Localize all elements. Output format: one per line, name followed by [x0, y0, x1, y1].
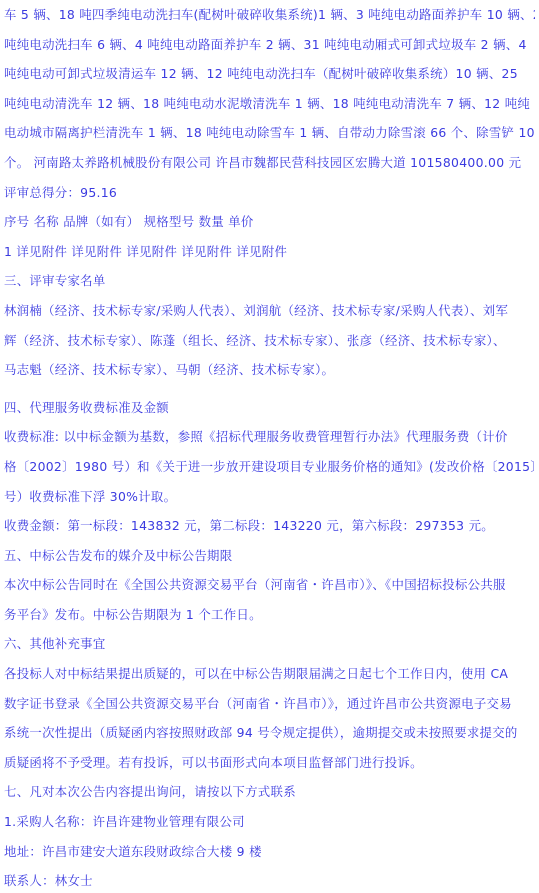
experts-line: 辉（经济、技术标专家）、陈蓬（组长、经济、技术标专家）、张彦（经济、技术标专家）… [4, 326, 535, 356]
award-line: 车 5 辆、18 吨四季纯电动洗扫车(配树叶破碎收集系统)1 辆、3 吨纯电动路… [4, 0, 535, 30]
table-row: 1 详见附件 详见附件 详见附件 详见附件 详见附件 [4, 237, 535, 267]
media-line: 务平台》发布。中标公告期限为 1 个工作日。 [4, 600, 535, 630]
section-title-contact: 七、凡对本次公告内容提出询问，请按以下方式联系 [4, 777, 535, 807]
table-header: 序号 名称 品牌（如有） 规格型号 数量 单价 [4, 207, 535, 237]
fee-amount-line: 收费金额：第一标段：143832 元，第二标段：143220 元，第六标段：29… [4, 511, 535, 541]
other-line: 质疑函将不予受理。若有投诉，可以书面形式向本项目监督部门进行投诉。 [4, 748, 535, 778]
purchaser-address: 地址：许昌市建安大道东段财政综合大楼 9 楼 [4, 837, 535, 867]
section-title-experts: 三、评审专家名单 [4, 266, 535, 296]
award-line: 电动城市隔离护栏清洗车 1 辆、18 吨纯电动除雪车 1 辆、自带动力除雪滚 6… [4, 118, 535, 148]
total-score: 评审总得分：95.16 [4, 178, 535, 208]
award-line: 吨纯电动清洗车 12 辆、18 吨纯电动水泥墩清洗车 1 辆、18 吨纯电动清洗… [4, 89, 535, 119]
experts-line: 林润楠（经济、技术标专家/采购人代表）、刘润航（经济、技术标专家/采购人代表）、… [4, 296, 535, 326]
media-line: 本次中标公告同时在《全国公共资源交易平台（河南省・许昌市）》、《中国招标投标公共… [4, 570, 535, 600]
fee-standard-line: 格〔2002〕1980 号）和《关于进一步放开建设项目专业服务价格的通知》(发改… [4, 452, 535, 482]
fee-standard-line: 号）收费标准下浮 30%计取。 [4, 482, 535, 512]
award-line: 吨纯电动可卸式垃圾清运车 12 辆、12 吨纯电动洗扫车（配树叶破碎收集系统）1… [4, 59, 535, 89]
other-line: 各投标人对中标结果提出质疑的，可以在中标公告期限届满之日起七个工作日内，使用 C… [4, 659, 535, 689]
award-line: 个。 河南路太养路机械股份有限公司 许昌市魏都民营科技园区宏腾大道 101580… [4, 148, 535, 178]
purchaser-contact: 联系人：林女士 [4, 866, 535, 893]
section-title-other: 六、其他补充事宜 [4, 629, 535, 659]
award-line: 吨纯电动洗扫车 6 辆、4 吨纯电动路面养护车 2 辆、31 吨纯电动厢式可卸式… [4, 30, 535, 60]
announcement-document: 车 5 辆、18 吨四季纯电动洗扫车(配树叶破碎收集系统)1 辆、3 吨纯电动路… [0, 0, 539, 893]
fee-standard-line: 收费标准: 以中标金额为基数，参照《招标代理服务收费管理暂行办法》代理服务费（计… [4, 422, 535, 452]
purchaser-name: 1.采购人名称：许昌许建物业管理有限公司 [4, 807, 535, 837]
other-line: 数字证书登录《全国公共资源交易平台（河南省・许昌市）》，通过许昌市公共资源电子交… [4, 689, 535, 719]
section-title-fees: 四、代理服务收费标准及金额 [4, 393, 535, 423]
section-title-media: 五、中标公告发布的媒介及中标公告期限 [4, 541, 535, 571]
other-line: 系统一次性提出（质疑函内容按照财政部 94 号令规定提供），逾期提交或未按照要求… [4, 718, 535, 748]
experts-line: 马志魁（经济、技术标专家）、马朝（经济、技术标专家）。 [4, 355, 535, 385]
